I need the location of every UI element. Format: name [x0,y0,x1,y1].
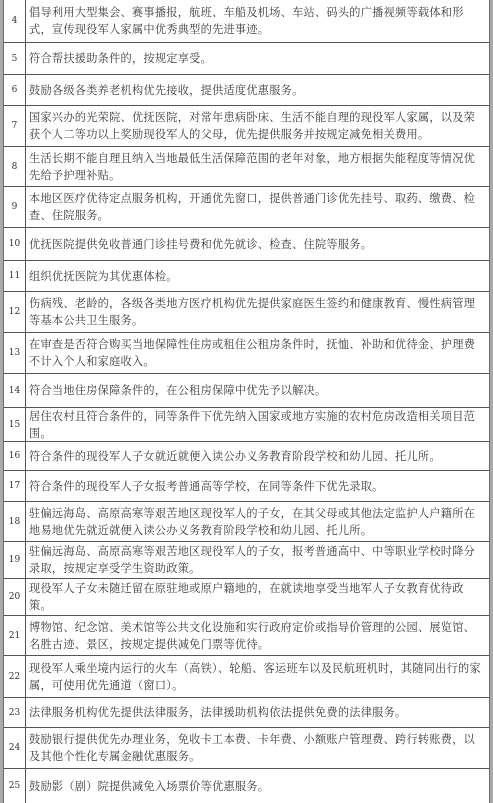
row-number: 6 [4,75,26,105]
table-row: 24 鼓励银行提供优先办理业务，免收卡工本费、卡年费、小额账户管理费、跨行转账费… [4,728,489,769]
row-number: 20 [4,579,26,615]
row-text: 居住农村且符合条件的，同等条件下优先纳入国家或地方实施的农村危房改造相关项目范围… [26,408,489,441]
row-text: 现役军人乘坐境内运行的火车（高铁）、轮船、客运班车以及民航班机时，其随同出行的家… [26,656,489,697]
row-text: 符合条件的现役军人子女报考普通高等学校，在同等条件下优先录取。 [26,471,489,501]
row-number: 15 [4,408,26,441]
row-number: 16 [4,442,26,470]
row-text: 本地区医疗优待定点服务机构，开通优先窗口，提供普通门诊优先挂号、取药、缴费、检查… [26,187,489,227]
table-row: 16 符合条件的现役军人子女就近就便入读公办义务教育阶段学校和幼儿园、托儿所。 [4,442,489,471]
row-text: 鼓励各级各类养老机构优先接收，提供适度优惠服务。 [26,75,489,105]
row-number: 12 [4,292,26,332]
row-text: 组织优抚医院为其优惠体检。 [26,261,489,291]
row-number: 10 [4,228,26,260]
table-row: 6 鼓励各级各类养老机构优先接收，提供适度优惠服务。 [4,75,489,106]
row-text: 生活长期不能自理且纳入当地最低生活保障范围的老年对象，地方根据失能程度等情况优先… [26,147,489,186]
benefits-table: 4 倡导利用大型集会、赛事播报，航班、车船及机场、车站、码头的广播视频等载体和形… [3,0,490,803]
table-row: 19 驻偏远海岛、高原高寒等艰苦地区现役军人的子女，报考普通高中、中等职业学校时… [4,542,489,579]
table-row: 21 博物馆、纪念馆、美术馆等公共文化设施和实行政府定价或指导价管理的公园、展览… [4,616,489,656]
row-text: 驻偏远海岛、高原高寒等艰苦地区现役军人的子女，在其父母或其他法定监护人户籍所在地… [26,502,489,541]
row-text: 驻偏远海岛、高原高寒等艰苦地区现役军人的子女，报考普通高中、中等职业学校时降分录… [26,542,489,578]
row-text: 倡导利用大型集会、赛事播报，航班、车船及机场、车站、码头的广播视频等载体和形式，… [26,0,489,42]
table-row: 5 符合帮扶援助条件的，按规定享受。 [4,43,489,75]
table-row: 20 现役军人子女未随迁留在原驻地或原户籍地的，在就读地享受当地军人子女教育优待… [4,579,489,616]
row-number: 7 [4,106,26,146]
table-row: 13 在审查是否符合购买当地保障性住房或租住公租房条件时，抚恤、补助和优待金、护… [4,333,489,374]
table-row: 7 国家兴办的光荣院、优抚医院，对常年患病卧床、生活不能自理的现役军人家属，以及… [4,106,489,147]
table-row: 23 法律服务机构优先提供法律服务，法律援助机构依法提供免费的法律服务。 [4,698,489,728]
row-text: 鼓励银行提供优先办理业务，免收卡工本费、卡年费、小额账户管理费、跨行转账费，以及… [26,728,489,768]
table-row: 15 居住农村且符合条件的，同等条件下优先纳入国家或地方实施的农村危房改造相关项… [4,408,489,442]
row-number: 17 [4,471,26,501]
row-number: 25 [4,769,26,803]
table-row: 9 本地区医疗优待定点服务机构，开通优先窗口，提供普通门诊优先挂号、取药、缴费、… [4,187,489,228]
table-row: 4 倡导利用大型集会、赛事播报，航班、车船及机场、车站、码头的广播视频等载体和形… [4,0,489,43]
row-number: 24 [4,728,26,768]
table-row: 25 鼓励影（剧）院提供减免入场票价等优惠服务。 [4,769,489,803]
row-number: 19 [4,542,26,578]
row-text: 在审查是否符合购买当地保障性住房或租住公租房条件时，抚恤、补助和优待金、护理费不… [26,333,489,373]
row-text: 伤病残、老龄的，各级各类地方医疗机构优先提供家庭医生签约和健康教育、慢性病管理等… [26,292,489,332]
row-text: 优抚医院提供免收普通门诊挂号费和优先就诊、检查、住院等服务。 [26,228,489,260]
row-text: 符合当地住房保障条件的，在公租房保障中优先予以解决。 [26,374,489,407]
row-number: 23 [4,698,26,727]
table-row: 11 组织优抚医院为其优惠体检。 [4,261,489,292]
row-number: 8 [4,147,26,186]
row-number: 14 [4,374,26,407]
row-number: 11 [4,261,26,291]
row-text: 鼓励影（剧）院提供减免入场票价等优惠服务。 [26,769,489,803]
row-number: 21 [4,616,26,655]
table-row: 10 优抚医院提供免收普通门诊挂号费和优先就诊、检查、住院等服务。 [4,228,489,261]
row-number: 13 [4,333,26,373]
row-number: 22 [4,656,26,697]
table-row: 22 现役军人乘坐境内运行的火车（高铁）、轮船、客运班车以及民航班机时，其随同出… [4,656,489,698]
table-row: 8 生活长期不能自理且纳入当地最低生活保障范围的老年对象，地方根据失能程度等情况… [4,147,489,187]
table-row: 18 驻偏远海岛、高原高寒等艰苦地区现役军人的子女，在其父母或其他法定监护人户籍… [4,502,489,542]
table-row: 14 符合当地住房保障条件的，在公租房保障中优先予以解决。 [4,374,489,408]
row-number: 9 [4,187,26,227]
table-row: 17 符合条件的现役军人子女报考普通高等学校，在同等条件下优先录取。 [4,471,489,502]
row-text: 法律服务机构优先提供法律服务，法律援助机构依法提供免费的法律服务。 [26,698,489,727]
row-text: 博物馆、纪念馆、美术馆等公共文化设施和实行政府定价或指导价管理的公园、展览馆、名… [26,616,489,655]
row-number: 4 [4,0,26,42]
row-number: 18 [4,502,26,541]
row-text: 现役军人子女未随迁留在原驻地或原户籍地的，在就读地享受当地军人子女教育优待政策。 [26,579,489,615]
row-number: 5 [4,43,26,74]
row-text: 符合帮扶援助条件的，按规定享受。 [26,43,489,74]
row-text: 国家兴办的光荣院、优抚医院，对常年患病卧床、生活不能自理的现役军人家属，以及荣获… [26,106,489,146]
row-text: 符合条件的现役军人子女就近就便入读公办义务教育阶段学校和幼儿园、托儿所。 [26,442,489,470]
table-row: 12 伤病残、老龄的，各级各类地方医疗机构优先提供家庭医生签约和健康教育、慢性病… [4,292,489,333]
